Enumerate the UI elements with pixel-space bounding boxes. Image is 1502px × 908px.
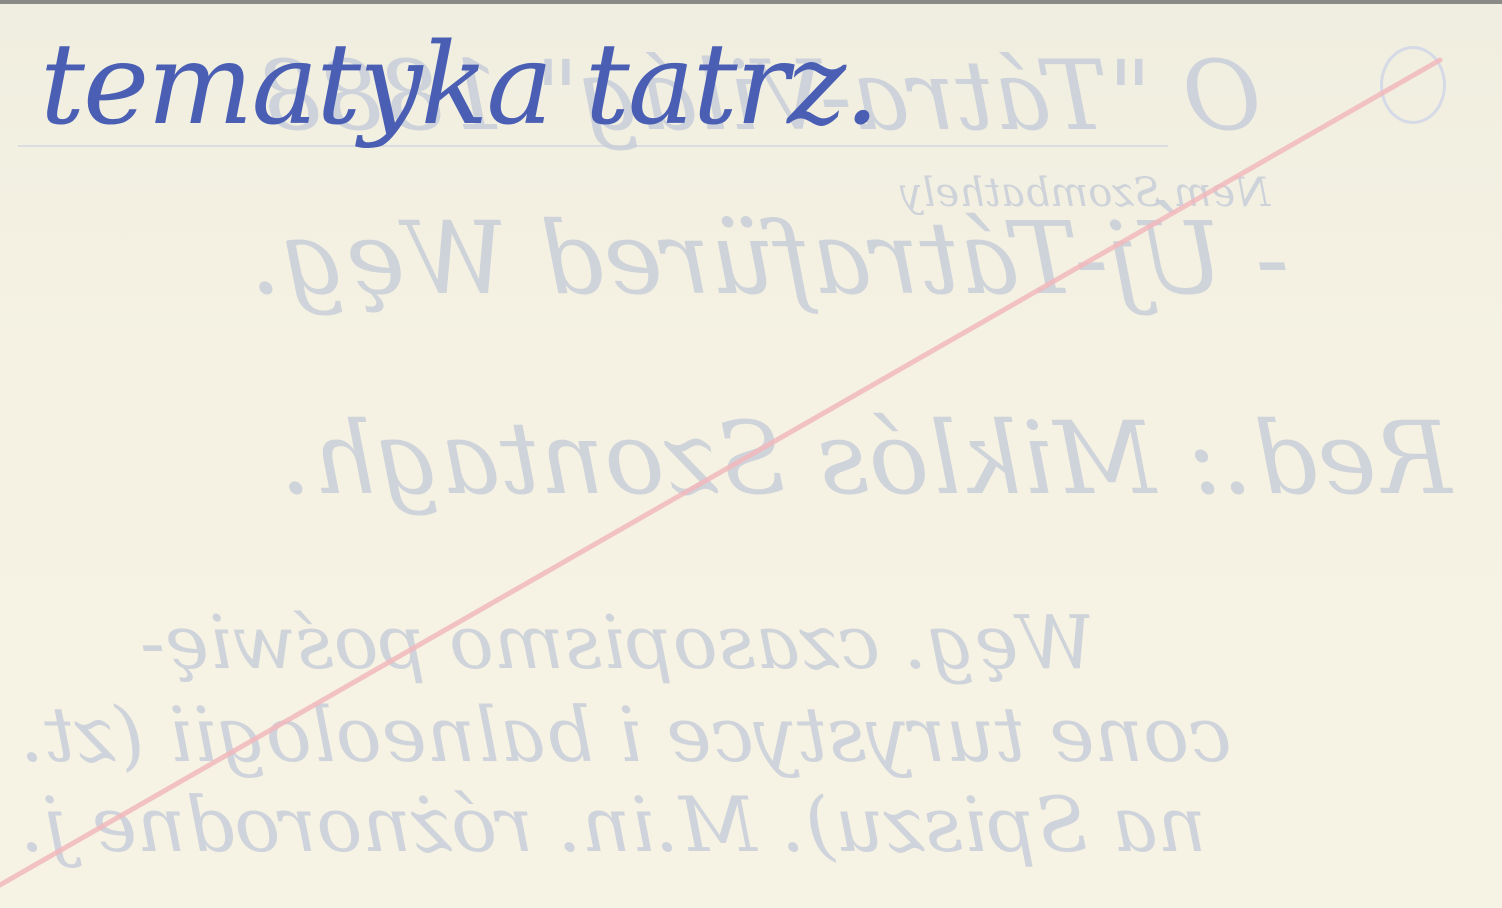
handwritten-heading: tematyka tatrz.	[40, 20, 878, 150]
index-card: O "Tátra-Világ" 1888 Nem Szombathely - Ú…	[0, 0, 1502, 908]
